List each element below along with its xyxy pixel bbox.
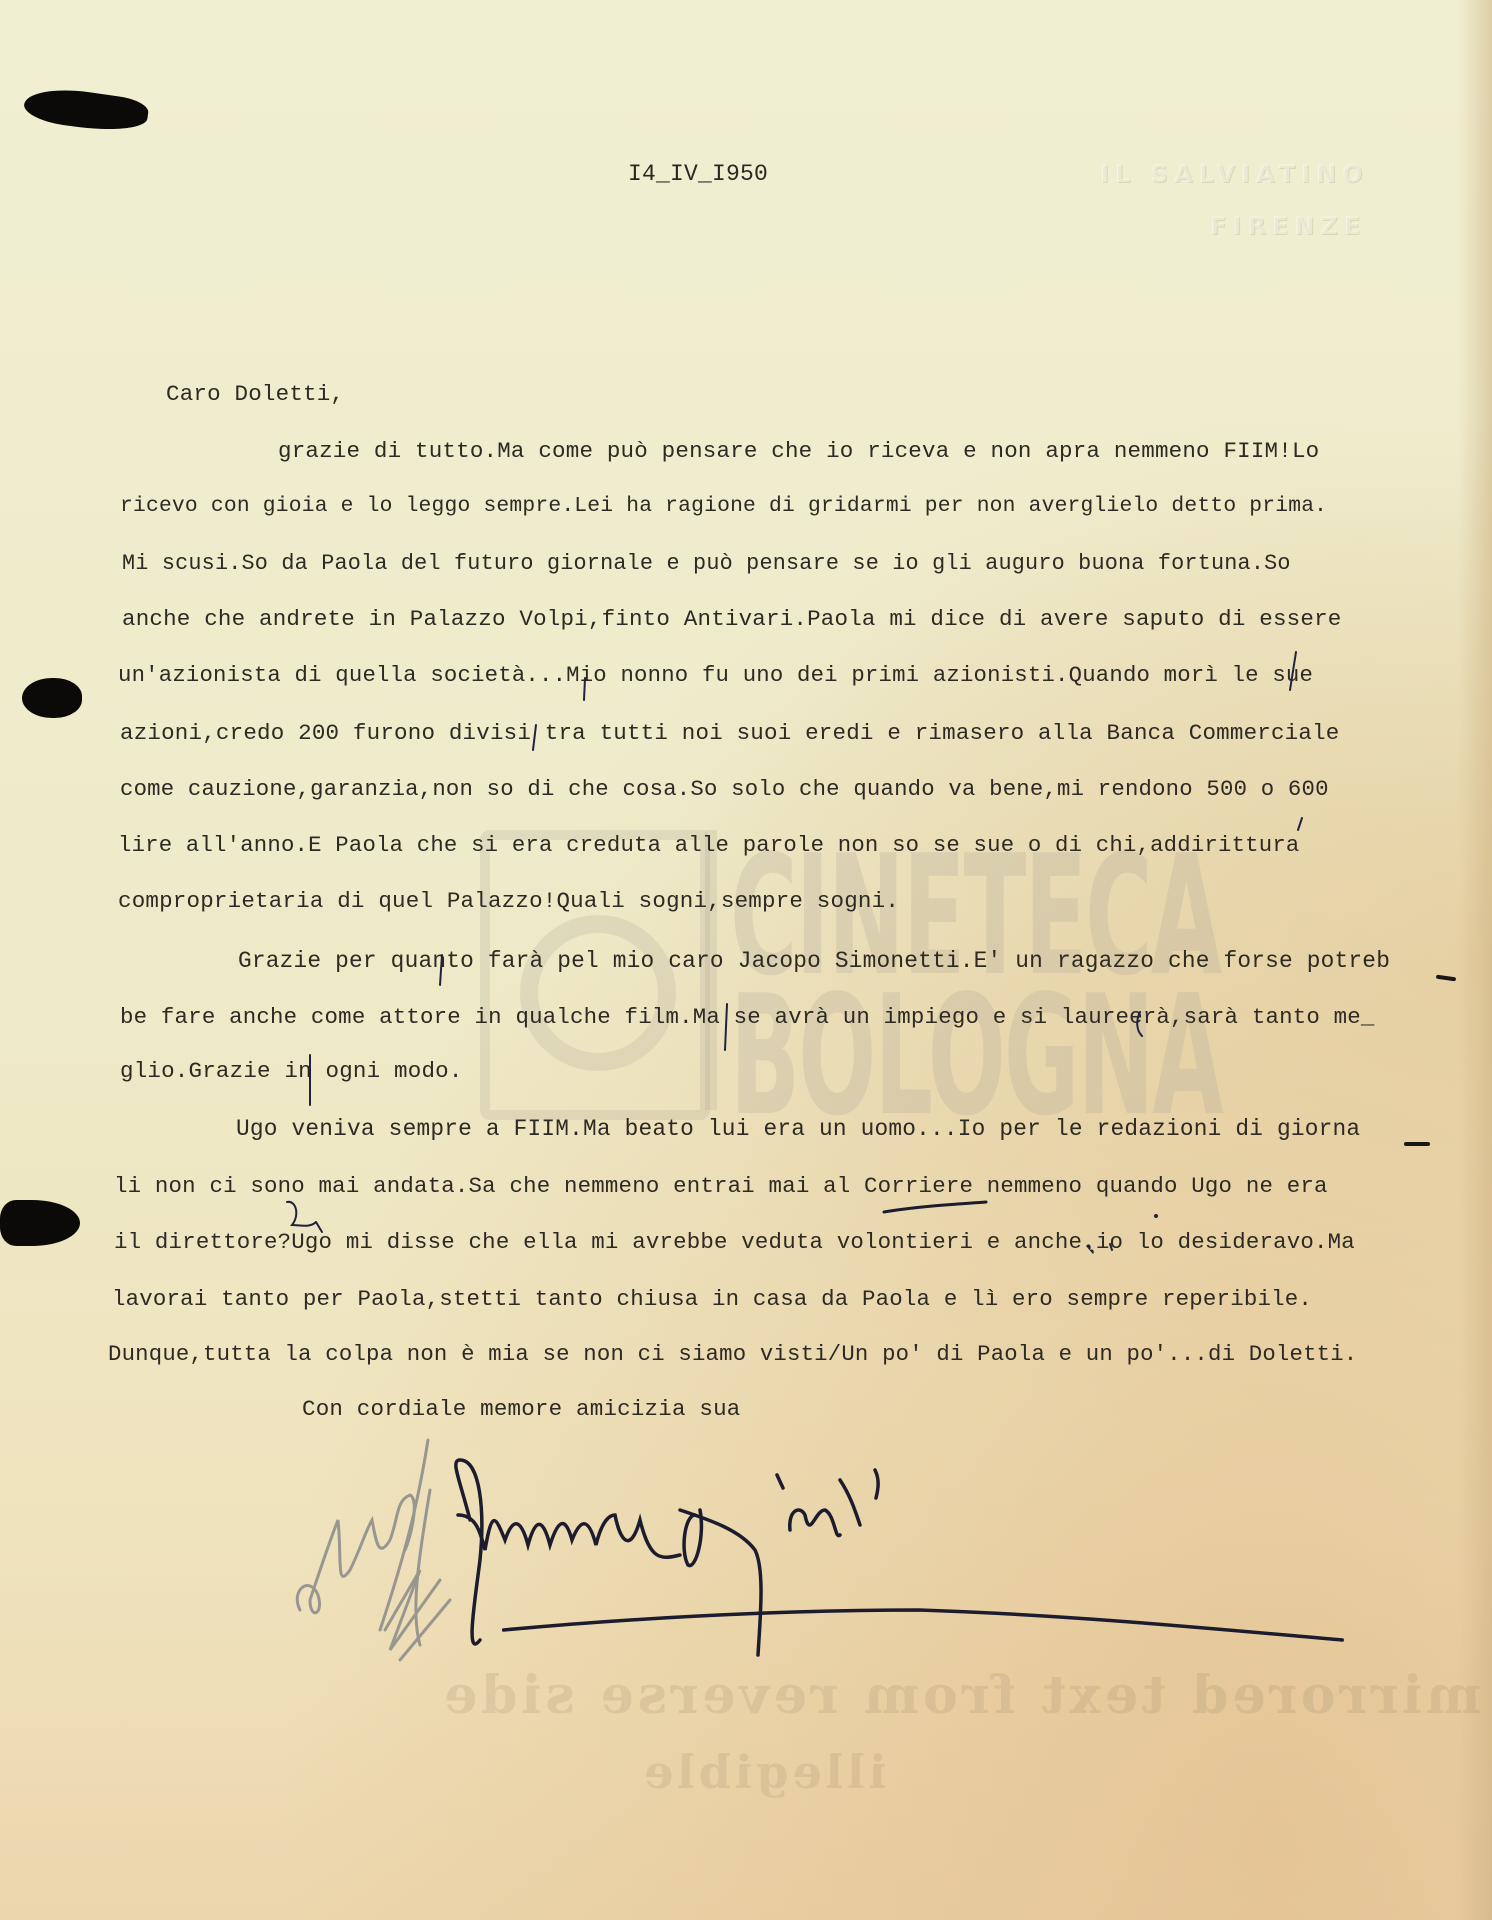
signature-ink	[280, 1420, 1430, 1680]
handwritten-signature	[280, 1420, 1430, 1680]
showthrough-text-line-1: mirrored text from reverse side	[440, 1665, 1481, 1726]
showthrough-text-line-2: illegible	[640, 1745, 886, 1799]
